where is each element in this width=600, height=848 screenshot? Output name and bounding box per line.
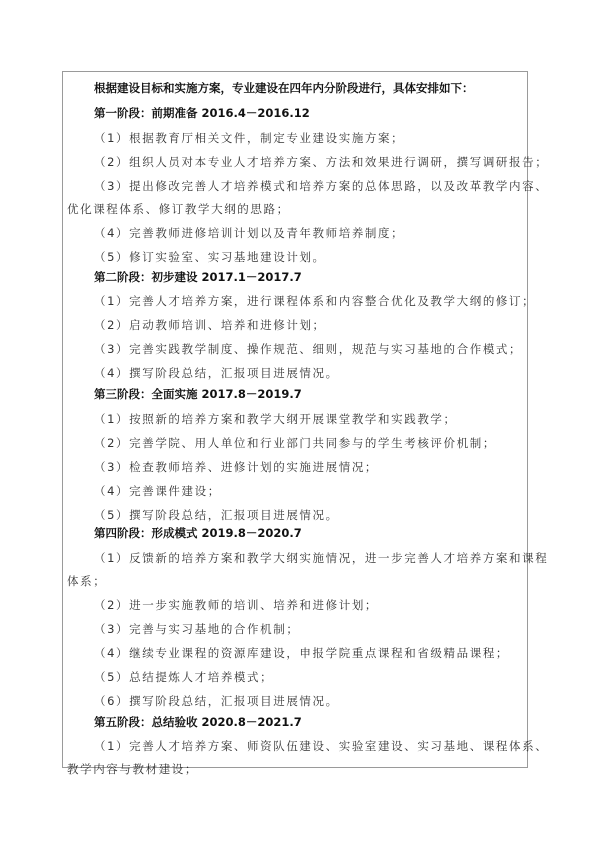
phase-4-item-3: （3）完善与实习基地的合作机制；	[94, 621, 299, 637]
phase-1-title: 第一阶段：前期准备 2016.4－2016.12	[94, 105, 310, 121]
phase-3-title: 第三阶段：全面实施 2017.8－2019.7	[94, 386, 302, 402]
phase-3-item-2: （2）完善学院、用人单位和行业部门共同参与的学生考核评价机制；	[94, 435, 496, 451]
phase-3-item-3: （3）检查教师培养、进修计划的实施进展情况；	[94, 459, 378, 475]
phase-1-item-2: （2）组织人员对本专业人才培养方案、方法和效果进行调研，撰写调研报告；	[94, 154, 548, 170]
phase-3-item-4: （4）完善课件建设；	[94, 483, 221, 499]
phase-4-item-1: （1）反馈新的培养方案和教学大纲实施情况，进一步完善人才培养方案和课程	[94, 550, 548, 566]
phase-2-item-4: （4）撰写阶段总结，汇报项目进展情况。	[94, 365, 339, 381]
phase-4-item-6: （6）撰写阶段总结，汇报项目进展情况。	[94, 693, 339, 709]
phase-1-item-3: （3）提出修改完善人才培养模式和培养方案的总体思路，以及改革教学内容、	[94, 178, 548, 194]
phase-1-item-1: （1）根据教育厅相关文件，制定专业建设实施方案；	[94, 130, 404, 146]
phase-5-item-1-cont: 教学内容与教材建设；	[67, 761, 198, 777]
phase-2-item-3: （3）完善实践教学制度、操作规范、细则，规范与实习基地的合作模式；	[94, 341, 522, 357]
phase-1-item-5: （5）修订实验室、实习基地建设计划。	[94, 249, 326, 265]
phase-2-item-2: （2）启动教师培训、培养和进修计划；	[94, 317, 326, 333]
phase-4-item-2: （2）进一步实施教师的培训、培养和进修计划；	[94, 597, 378, 613]
phase-4-item-4: （4）继续专业课程的资源库建设，申报学院重点课程和省级精品课程；	[94, 645, 509, 661]
phase-2-title: 第二阶段：初步建设 2017.1－2017.7	[94, 269, 302, 285]
document-table-cell: 根据建设目标和实施方案，专业建设在四年内分阶段进行，具体安排如下： 第一阶段：前…	[62, 71, 528, 768]
phase-4-item-1-cont: 体系；	[67, 573, 106, 589]
phase-1-item-3-cont: 优化课程体系、修订教学大纲的思路；	[67, 201, 290, 217]
intro-text: 根据建设目标和实施方案，专业建设在四年内分阶段进行，具体安排如下：	[94, 80, 474, 96]
phase-4-title: 第四阶段：形成模式 2019.8－2020.7	[94, 525, 302, 541]
phase-3-item-5: （5）撰写阶段总结，汇报项目进展情况。	[94, 507, 339, 523]
phase-2-item-1: （1）完善人才培养方案，进行课程体系和内容整合优化及教学大纲的修订；	[94, 293, 535, 309]
phase-1-item-4: （4）完善教师进修培训计划以及青年教师培养制度；	[94, 225, 404, 241]
phase-5-item-1: （1）完善人才培养方案、师资队伍建设、实验室建设、实习基地、课程体系、	[94, 738, 548, 754]
phase-4-item-5: （5）总结提炼人才培养模式；	[94, 669, 273, 685]
phase-3-item-1: （1）按照新的培养方案和教学大纲开展课堂教学和实践教学；	[94, 411, 457, 427]
phase-5-title: 第五阶段：总结验收 2020.8－2021.7	[94, 714, 302, 730]
